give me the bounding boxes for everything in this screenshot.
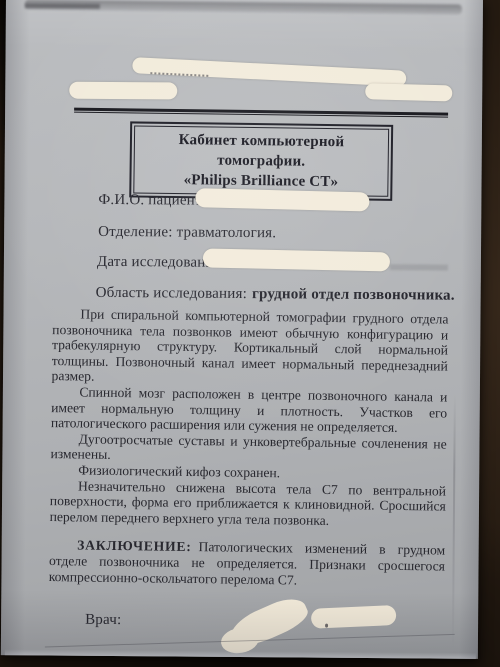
fold-crease-right	[452, 394, 456, 649]
study-area-line: Область исследования:грудной отдел позво…	[96, 284, 455, 306]
study-date-ink-remnant	[390, 264, 448, 270]
conclusion-label: ЗАКЛЮЧЕНИЕ:	[77, 538, 192, 555]
top-ink-smudge-dark	[25, 3, 100, 9]
report-body: При спиральной компьютерной томографии г…	[49, 306, 449, 590]
redaction-pill-left	[69, 82, 177, 100]
doctor-label: Врач:	[85, 611, 121, 630]
header-rule	[74, 108, 448, 118]
report-photo: Кабинет компьютерной томографии. «Philip…	[0, 0, 500, 667]
report-paragraph: Спинной мозг расположен в центре позвоно…	[51, 384, 448, 436]
redaction-pill-right	[365, 83, 452, 101]
patient-name-redaction	[195, 188, 369, 211]
department-line: Отделение: травматология.	[98, 223, 276, 243]
signature-redaction-pill	[311, 605, 397, 629]
ct-room-title-line1: Кабинет компьютерной томографии.	[139, 130, 385, 173]
report-paragraph: При спиральной компьютерной томографии г…	[51, 306, 448, 389]
study-area-label: Область исследования:	[96, 285, 247, 302]
study-area-value: грудной отдел позвоночника.	[252, 286, 455, 304]
ct-room-title-inner-border: Кабинет компьютерной томографии. «Philip…	[133, 125, 389, 196]
conclusion-paragraph: ЗАКЛЮЧЕНИЕ:Патологических изменений в гр…	[49, 537, 446, 589]
paper-bottom-edge	[5, 649, 476, 659]
signature-ink-dot	[325, 624, 328, 628]
study-date-redaction	[203, 248, 390, 271]
report-paragraph: Незначительно снижена высота тела С7 по …	[50, 478, 447, 530]
paper: Кабинет компьютерной томографии. «Philip…	[1, 0, 483, 659]
